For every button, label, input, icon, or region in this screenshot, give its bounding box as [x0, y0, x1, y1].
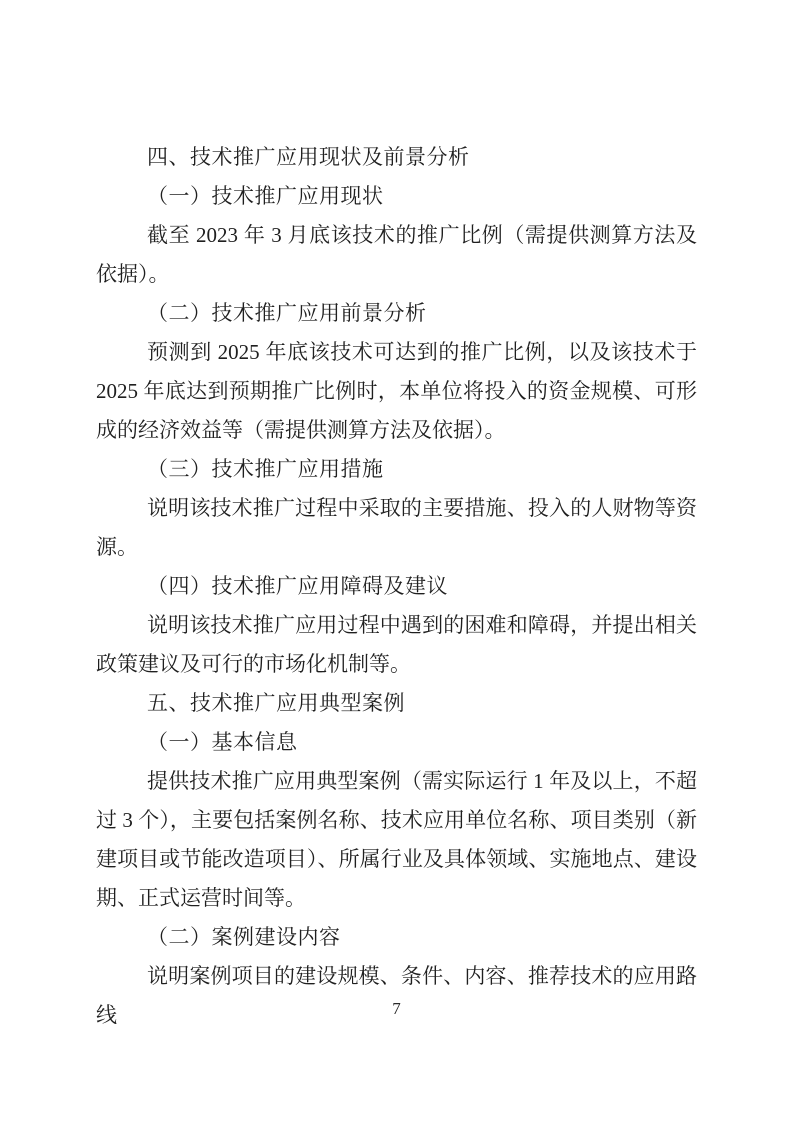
- subsection-heading-4-1: （一）技术推广应用现状: [96, 177, 697, 216]
- paragraph-case-construction: 说明案例项目的建设规模、条件、内容、推荐技术的应用路线: [96, 957, 697, 1035]
- section-heading-4: 四、技术推广应用现状及前景分析: [96, 138, 697, 177]
- paragraph-prospect-analysis: 预测到 2025 年底该技术可达到的推广比例，以及该技术于 2025 年底达到预…: [96, 333, 697, 450]
- page-number: 7: [0, 997, 793, 1021]
- subsection-heading-4-3: （三）技术推广应用措施: [96, 450, 697, 489]
- subsection-heading-5-1: （一）基本信息: [96, 723, 697, 762]
- section-heading-5: 五、技术推广应用典型案例: [96, 684, 697, 723]
- paragraph-obstacles-suggestions: 说明该技术推广应用过程中遇到的困难和障碍，并提出相关政策建议及可行的市场化机制等…: [96, 606, 697, 684]
- document-page: 四、技术推广应用现状及前景分析 （一）技术推广应用现状 截至 2023 年 3 …: [0, 0, 793, 1122]
- document-body: 四、技术推广应用现状及前景分析 （一）技术推广应用现状 截至 2023 年 3 …: [96, 138, 697, 1035]
- paragraph-basic-info: 提供技术推广应用典型案例（需实际运行 1 年及以上，不超过 3 个），主要包括案…: [96, 762, 697, 918]
- paragraph-promotion-measures: 说明该技术推广过程中采取的主要措施、投入的人财物等资源。: [96, 489, 697, 567]
- subsection-heading-5-2: （二）案例建设内容: [96, 918, 697, 957]
- subsection-heading-4-2: （二）技术推广应用前景分析: [96, 294, 697, 333]
- subsection-heading-4-4: （四）技术推广应用障碍及建议: [96, 567, 697, 606]
- paragraph-current-status: 截至 2023 年 3 月底该技术的推广比例（需提供测算方法及依据）。: [96, 216, 697, 294]
